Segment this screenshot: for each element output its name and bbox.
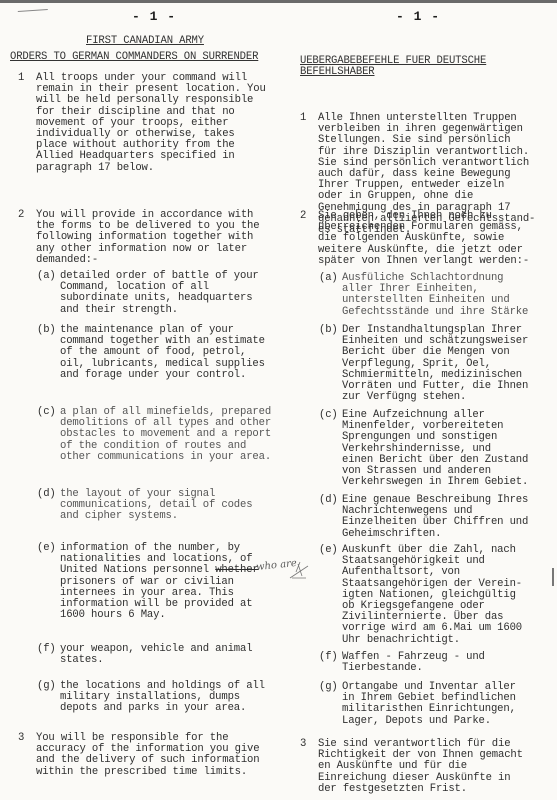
item-label: (c) (37, 407, 56, 418)
scan-edge-mark (552, 568, 554, 586)
item-label: (f) (319, 652, 338, 663)
item-label: (b) (37, 325, 56, 336)
item-text: detailed order of battle of your Command… (60, 271, 280, 316)
pen-mark (18, 9, 48, 18)
paragraph-number: 2 (18, 210, 24, 221)
item-d: (d) Eine genaue Beschreibung Ihres Nachr… (300, 495, 552, 540)
paragraph-3: 3 You will be responsible for the accura… (18, 733, 280, 778)
paragraph-text: All troops under your command will remai… (36, 73, 280, 174)
item-label: (a) (37, 271, 56, 282)
item-label: (e) (37, 543, 56, 554)
paragraph-number: 3 (300, 739, 306, 750)
item-text: Ortangabe und Inventar aller in Ihrem Ge… (342, 682, 552, 727)
item-text: the layout of your signal communications… (60, 489, 280, 523)
item-text-fragment: United Nations personnel (60, 564, 215, 576)
item-text: the maintenance plan of your command tog… (60, 325, 280, 381)
heading-army: FIRST CANADIAN ARMY (86, 36, 204, 47)
paragraph-text: Sie geben, den Ihnen noch zu uberreichen… (318, 211, 552, 267)
paragraph-1: 1 All troops under your command will rem… (18, 73, 280, 174)
item-b: (b) the maintenance plan of your command… (18, 325, 280, 381)
item-text: information of the number, by nationalit… (60, 543, 280, 621)
item-a: (a) detailed order of battle of your Com… (18, 271, 280, 316)
item-label: (b) (319, 325, 338, 336)
paragraph-2: 2 You will provide in accordance with th… (18, 210, 280, 266)
item-text: Der Instandhaltungsplan Ihrer Einheiten … (342, 325, 552, 403)
item-f: (f) your weapon, vehicle and animal stat… (18, 644, 280, 666)
item-text: your weapon, vehicle and animal states. (60, 644, 280, 666)
item-label: (c) (319, 410, 338, 421)
paragraph-2: 2 Sie geben, den Ihnen noch zu uberreich… (300, 211, 552, 267)
item-label: (f) (37, 644, 56, 655)
item-text: Eine genaue Beschreibung Ihres Nachricht… (342, 495, 552, 540)
item-text-rest: prisoners of war or civilian internees i… (60, 577, 280, 622)
item-label: (a) (319, 273, 338, 284)
item-text: Auskunft über die Zahl, nach Staatsangeh… (342, 545, 552, 646)
item-e: (e) information of the number, by nation… (18, 543, 280, 621)
item-text: Waffen - Fahrzeug - und Tierbestande. (342, 652, 552, 674)
item-c: (c) Eine Aufzeichnung aller Minenfelder,… (300, 410, 552, 488)
item-text: Ausfüliche Schlachtordnung aller Ihrer E… (342, 273, 552, 318)
item-c: (c) a plan of all minefields, prepared d… (18, 407, 280, 463)
paragraph-number: 1 (18, 73, 24, 84)
item-text: Eine Aufzeichnung aller Minenfelder, vor… (342, 410, 552, 488)
item-label: (d) (319, 495, 338, 506)
item-label: (d) (37, 489, 56, 500)
item-text: the locations and holdings of all milita… (60, 681, 280, 715)
paragraph-text: Sie sind verantwortlich für die Richtigk… (318, 739, 552, 795)
item-label: (g) (37, 681, 56, 692)
document-page: - 1 - FIRST CANADIAN ARMY ORDERS TO GERM… (0, 0, 557, 800)
paragraph-number: 2 (300, 211, 306, 222)
item-text-line: United Nations personnel whether (60, 565, 280, 576)
subheading-orders: ORDERS TO GERMAN COMMANDERS ON SURRENDER (10, 52, 258, 63)
paragraph-text: You will be responsible for the accuracy… (36, 733, 280, 778)
item-e: (e) Auskunft über die Zahl, nach Staatsa… (300, 545, 552, 646)
item-f: (f) Waffen - Fahrzeug - und Tierbestande… (300, 652, 552, 674)
item-g: (g) the locations and holdings of all mi… (18, 681, 280, 715)
heading-german: UEBERGABEBEFEHLE FUER DEUTSCHE BEFEHLSHA… (300, 56, 540, 78)
item-d: (d) the layout of your signal communicat… (18, 489, 280, 523)
paragraph-text: You will provide in accordance with the … (36, 210, 280, 266)
paragraph-3: 3 Sie sind verantwortlich für die Richti… (300, 739, 552, 795)
page-number: - 1 - (132, 11, 176, 22)
item-a: (a) Ausfüliche Schlachtordnung aller Ihr… (300, 273, 552, 318)
item-label: (g) (319, 682, 338, 693)
paragraph-number: 1 (300, 113, 306, 124)
struck-word: whether (215, 564, 258, 576)
item-b: (b) Der Instandhaltungsplan Ihrer Einhei… (300, 325, 552, 403)
item-text: a plan of all minefields, prepared demol… (60, 407, 280, 463)
item-g: (g) Ortangabe und Inventar aller in Ihre… (300, 682, 552, 727)
page-number: - 1 - (396, 11, 440, 22)
paragraph-number: 3 (18, 733, 24, 744)
item-label: (e) (319, 545, 338, 556)
